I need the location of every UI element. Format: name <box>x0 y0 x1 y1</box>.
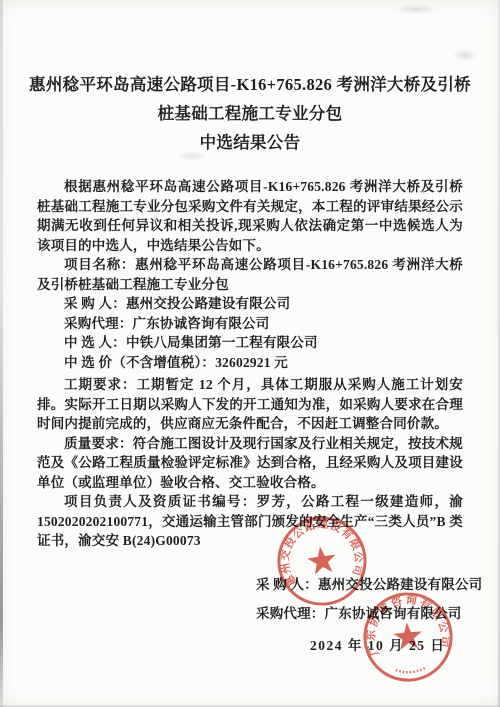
field-label: 采购代理： <box>64 316 133 331</box>
field-label: 中 选 价（不含增值税）： <box>64 355 215 370</box>
seal-star-icon <box>306 544 338 575</box>
field-project-name: 项目名称：惠州稔平环岛高速公路项目-K16+765.826 考洲洋大桥及引桥桩基… <box>37 255 463 294</box>
announcement-page: 惠州稔平环岛高速公路项目-K16+765.826 考洲洋大桥及引桥 桩基础工程施… <box>0 0 500 707</box>
document-title: 惠州稔平环岛高速公路项目-K16+765.826 考洲洋大桥及引桥 桩基础工程施… <box>28 70 472 157</box>
field-label: 采 购 人： <box>64 296 126 311</box>
field-label: 中 选 人： <box>64 335 126 350</box>
title-line-3: 中选结果公告 <box>28 128 472 157</box>
scan-smudge <box>395 4 437 14</box>
field-winner: 中 选 人：中铁八局集团第一工程有限公司 <box>37 333 463 353</box>
field-price: 中 选 价（不含增值税）：32602921 元 <box>37 353 463 373</box>
field-value: 中铁八局集团第一工程有限公司 <box>126 335 318 350</box>
field-label: 项目名称： <box>64 257 135 272</box>
scan-edge-left <box>0 0 3 707</box>
agent-company-seal: 广东协诚咨询有限公司 <box>357 586 459 688</box>
seal-star-icon <box>392 621 423 650</box>
field-agent: 采购代理：广东协诚咨询有限公司 <box>37 314 463 334</box>
document-body: 根据惠州稔平环岛高速公路项目-K16+765.826 考洲洋大桥及引桥桩基础工程… <box>37 177 463 551</box>
title-line-2: 桩基础工程施工专业分包 <box>28 99 472 128</box>
title-line-1: 惠州稔平环岛高速公路项目-K16+765.826 考洲洋大桥及引桥 <box>28 70 472 99</box>
field-value: 广东协诚咨询有限公司 <box>133 316 270 331</box>
seal-registration-mark <box>396 668 426 674</box>
field-value: 32602921 元 <box>215 355 288 370</box>
term-project-manager: 项目负责人及资质证书编号：罗芳，公路工程一级建造师，渝1502020202100… <box>37 492 463 551</box>
scan-smudge <box>452 48 478 62</box>
field-value: 惠州交投公路建设有限公司 <box>126 296 290 311</box>
term-quality: 质量要求：符合施工图设计及现行国家及行业相关规定，按技术规范及《公路工程质量检验… <box>37 434 463 493</box>
term-duration: 工期要求：工期暂定 12 个月，具体工期服从采购人施工计划安排。实际开工日期以采… <box>37 375 463 434</box>
field-purchaser: 采 购 人：惠州交投公路建设有限公司 <box>37 294 463 314</box>
intro-paragraph: 根据惠州稔平环岛高速公路项目-K16+765.826 考洲洋大桥及引桥桩基础工程… <box>37 177 463 255</box>
